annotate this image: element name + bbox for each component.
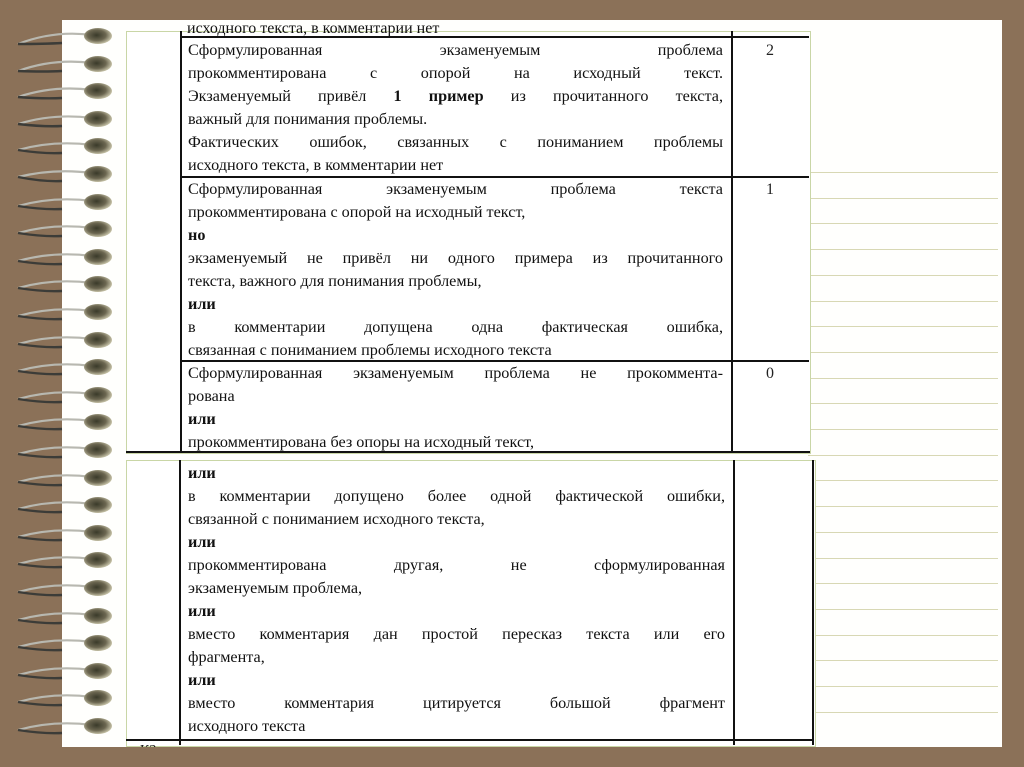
ruled-line: [808, 506, 998, 507]
ruled-line: [808, 301, 998, 302]
spiral-ring-icon: [14, 300, 114, 326]
spiral-ring-icon: [14, 272, 114, 298]
text-line: Сформулированная экзаменуемым проблема н…: [188, 362, 723, 385]
text-line: Сформулированная экзаменуемым проблема т…: [188, 178, 723, 201]
text-line: в комментарии допущена одна фактическая …: [188, 316, 723, 339]
ruled-line: [808, 172, 998, 173]
spiral-ring-icon: [14, 438, 114, 464]
text-line: прокомментирована с опорой на исходный т…: [188, 62, 723, 85]
ruled-line: [808, 198, 998, 199]
row-border: [180, 36, 809, 38]
ruled-line: [808, 635, 998, 636]
text-line: Фактических ошибок, связанных с понимани…: [188, 131, 723, 154]
spiral-ring-icon: [14, 576, 114, 602]
text-line: исходного текста: [188, 715, 725, 738]
spiral-ring-icon: [14, 217, 114, 243]
spiral-ring-icon: [14, 52, 114, 78]
text-line: или: [188, 408, 723, 431]
spiral-ring-icon: [14, 134, 114, 160]
criterion-cell-score-0: Сформулированная экзаменуемым проблема н…: [188, 362, 723, 454]
text-line: прокомментирована без опоры на исходный …: [188, 431, 723, 454]
ruled-line: [808, 712, 998, 713]
text-line: экзаменуемый не привёл ни одного примера…: [188, 247, 723, 270]
row-border: [126, 739, 814, 741]
spiral-ring-icon: [14, 245, 114, 271]
column-divider: [180, 31, 182, 452]
spiral-ring-icon: [14, 162, 114, 188]
spiral-ring-icon: [14, 521, 114, 547]
ruled-line: [808, 609, 998, 610]
text-line: прокомментирована с опорой на исходный т…: [188, 201, 723, 224]
spiral-ring-icon: [14, 79, 114, 105]
criterion-cell-score-2: Сформулированная экзаменуемым проблемапр…: [188, 39, 723, 177]
text-line: связанная с пониманием проблемы исходног…: [188, 339, 723, 362]
text-line: важный для понимания проблемы.: [188, 108, 723, 131]
spiral-ring-icon: [14, 631, 114, 657]
score-cell: 0: [755, 365, 785, 383]
text-line: в комментарии допущено более одной факти…: [188, 485, 725, 508]
ruled-line: [808, 583, 998, 584]
score-cell: 1: [755, 181, 785, 199]
spiral-ring-icon: [14, 107, 114, 133]
ruled-line: [808, 352, 998, 353]
ruled-line: [808, 378, 998, 379]
text-line: или: [188, 531, 725, 554]
ruled-line: [808, 480, 998, 481]
text-line: связанной с пониманием исходного текста,: [188, 508, 725, 531]
column-divider: [179, 460, 181, 745]
text-line: текста, важного для понимания проблемы,: [188, 270, 723, 293]
spiral-ring-icon: [14, 686, 114, 712]
text-line: экзаменуемым проблема,: [188, 577, 725, 600]
ruled-line: [808, 326, 998, 327]
ruled-line: [808, 275, 998, 276]
ruled-line: [808, 660, 998, 661]
text-line: но: [188, 224, 723, 247]
spiral-ring-icon: [14, 410, 114, 436]
column-divider: [733, 460, 735, 745]
text-line: или: [188, 600, 725, 623]
text-line: или: [188, 293, 723, 316]
text-line: Экзаменуемый привёл 1 пример из прочитан…: [188, 85, 723, 108]
spiral-ring-icon: [14, 659, 114, 685]
spiral-ring-icon: [14, 466, 114, 492]
ruled-line: [808, 429, 998, 430]
ruled-line: [808, 223, 998, 224]
spiral-ring-icon: [14, 355, 114, 381]
ruled-line: [808, 558, 998, 559]
text-line: прокомментирована другая, не сформулиров…: [188, 554, 725, 577]
text-line: вместо комментария цитируется большой фр…: [188, 692, 725, 715]
cut-off-text-top: исходного текста, в комментарии нет: [187, 24, 727, 36]
text-line: фрагмента,: [188, 646, 725, 669]
spiral-ring-icon: [14, 383, 114, 409]
ruled-line: [808, 686, 998, 687]
ruled-line: [808, 455, 998, 456]
spiral-ring-icon: [14, 548, 114, 574]
cut-off-label-bottom: К3: [140, 742, 170, 747]
score-cell: 2: [755, 42, 785, 60]
ruled-line: [808, 249, 998, 250]
column-divider: [731, 31, 733, 452]
spiral-ring-icon: [14, 328, 114, 354]
table-right-border: [812, 460, 814, 745]
ruled-line: [808, 403, 998, 404]
spiral-ring-icon: [14, 604, 114, 630]
spiral-ring-icon: [14, 190, 114, 216]
criterion-cell-continued: илив комментарии допущено более одной фа…: [188, 462, 725, 738]
ruled-line: [808, 532, 998, 533]
text-line: Сформулированная экзаменуемым проблема: [188, 39, 723, 62]
spiral-ring-icon: [14, 714, 114, 740]
spiral-ring-icon: [14, 493, 114, 519]
spiral-ring-icon: [14, 24, 114, 50]
text-line: вместо комментария дан простой пересказ …: [188, 623, 725, 646]
text-line: или: [188, 669, 725, 692]
text-line: исходного текста, в комментарии нет: [188, 154, 723, 177]
text-line: или: [188, 462, 725, 485]
text-line: рована: [188, 385, 723, 408]
criterion-cell-score-1: Сформулированная экзаменуемым проблема т…: [188, 178, 723, 362]
